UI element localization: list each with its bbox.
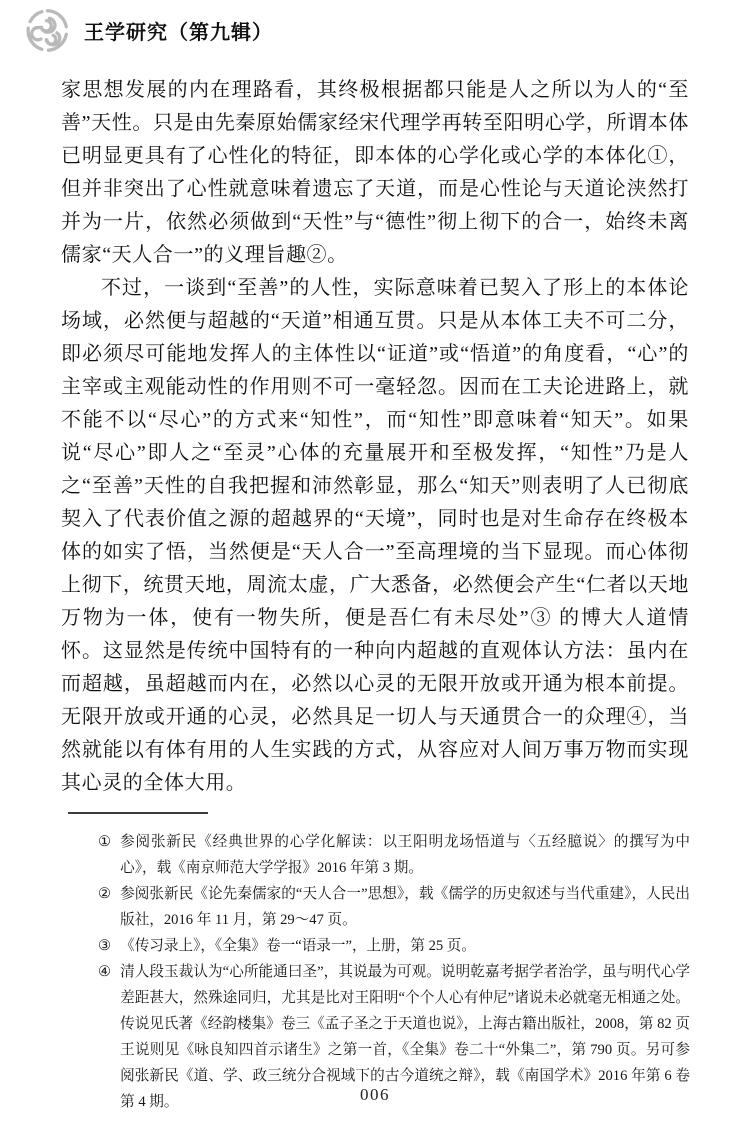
footnote-item: ① 参阅张新民《经典世界的心学化解读：以王阳明龙场悟道与〈五经臆说〉的撰写为中心… xyxy=(98,829,690,881)
paragraph: 不过，一谈到“至善”的人性，实际意味着已契入了形上的本体论场域，必然便与超越的“… xyxy=(61,272,689,800)
body-text: 家思想发展的内在理路看，其终极根据都只能是人之所以为人的“至善”天性。只是由先秦… xyxy=(61,74,689,800)
footnote-marker: ② xyxy=(98,881,111,933)
page-footer: 006 xyxy=(0,1085,750,1105)
publisher-cloud-swirl-icon xyxy=(24,7,71,54)
footnote-item: ② 参阅张新民《论先秦儒家的“天人合一”思想》，载《儒学的历史叙述与当代重建》，… xyxy=(98,881,690,933)
footnote-divider xyxy=(68,812,208,814)
footnote-text: 参阅张新民《论先秦儒家的“天人合一”思想》，载《儒学的历史叙述与当代重建》，人民… xyxy=(120,881,690,933)
footnote-marker: ③ xyxy=(98,933,111,959)
book-page: 王学研究（第九辑） 家思想发展的内在理路看，其终极根据都只能是人之所以为人的“至… xyxy=(0,0,750,1125)
page-number: 006 xyxy=(360,1085,390,1104)
footnotes-section: ① 参阅张新民《经典世界的心学化解读：以王阳明龙场悟道与〈五经臆说〉的撰写为中心… xyxy=(98,829,690,1115)
footnote-text: 参阅张新民《经典世界的心学化解读：以王阳明龙场悟道与〈五经臆说〉的撰写为中心》，… xyxy=(120,829,690,881)
footnote-item: ③ 《传习录上》，《全集》卷一“语录一”，上册，第 25 页。 xyxy=(98,933,690,959)
page-header: 王学研究（第九辑） xyxy=(24,7,273,54)
footnote-marker: ① xyxy=(98,829,111,881)
book-title: 王学研究（第九辑） xyxy=(84,16,273,45)
footnote-text: 《传习录上》，《全集》卷一“语录一”，上册，第 25 页。 xyxy=(120,933,690,959)
paragraph-continued: 家思想发展的内在理路看，其终极根据都只能是人之所以为人的“至善”天性。只是由先秦… xyxy=(61,74,689,272)
